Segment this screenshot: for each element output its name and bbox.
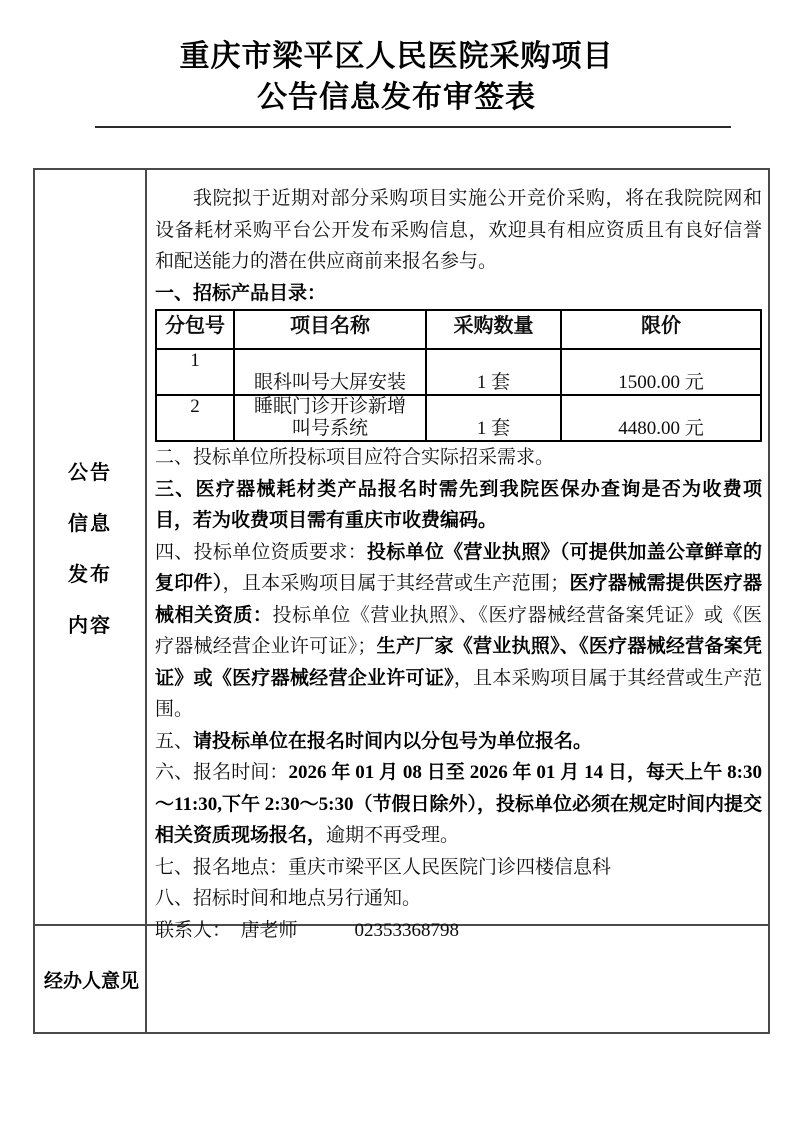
cell-quantity: 1 套 <box>426 395 561 441</box>
cell-package-no: 2 <box>156 395 234 441</box>
handler-opinion-row: 经办人意见 <box>35 926 768 1032</box>
document-title: 重庆市梁平区人民医院采购项目 公告信息发布审签表 <box>0 36 793 118</box>
handler-opinion-cell <box>147 926 768 1032</box>
approval-form-table: 公告信息发布内容 我院拟于近期对部分采购项目实施公开竞价采购，将在我院院网和设备… <box>33 168 770 1034</box>
cell-quantity: 1 套 <box>426 349 561 395</box>
content-paragraph: 六、报名时间：2026 年 01 月 08 日至 2026 年 01 月 14 … <box>155 757 762 852</box>
content-paragraph: 三、医疗器械耗材类产品报名时需先到我院医保办查询是否为收费项目，若为收费项目需有… <box>155 474 762 537</box>
title-line-2: 公告信息发布审签表 <box>0 77 793 118</box>
announcement-row: 公告信息发布内容 我院拟于近期对部分采购项目实施公开竞价采购，将在我院院网和设备… <box>35 170 768 926</box>
col-header-package-no: 分包号 <box>156 310 234 349</box>
cell-package-no: 1 <box>156 349 234 395</box>
text-run: 逾期不再受理。 <box>326 825 459 846</box>
announcement-content-label: 公告信息发布内容 <box>35 170 147 924</box>
cell-price-limit: 1500.00 元 <box>561 349 761 395</box>
col-header-quantity: 采购数量 <box>426 310 561 349</box>
bold-text-run: 三、医疗器械耗材类产品报名时需先到我院医保办查询是否为收费项目，若为收费项目需有… <box>155 479 762 532</box>
content-label-word: 信息 <box>68 507 112 536</box>
content-paragraphs-before: 我院拟于近期对部分采购项目实施公开竞价采购，将在我院院网和设备耗材采购平台公开发… <box>155 183 762 309</box>
text-run: 七、报名地点：重庆市梁平区人民医院门诊四楼信息科 <box>155 857 611 878</box>
product-table-row: 1眼科叫号大屏安装1 套1500.00 元 <box>156 349 761 395</box>
col-header-price-limit: 限价 <box>561 310 761 349</box>
content-label-word: 内容 <box>68 609 112 638</box>
content-paragraph: 八、招标时间和地点另行通知。 <box>155 883 762 915</box>
document-page: 重庆市梁平区人民医院采购项目 公告信息发布审签表 公告信息发布内容 我院拟于近期… <box>0 0 793 1122</box>
content-label-word: 发布 <box>68 558 112 587</box>
title-underline <box>95 126 731 128</box>
cell-item-name: 睡眠门诊开诊新增 叫号系统 <box>234 395 426 441</box>
text-run: 五、 <box>155 731 193 752</box>
content-label-word: 公告 <box>68 456 112 485</box>
product-table-header-row: 分包号 项目名称 采购数量 限价 <box>156 310 761 349</box>
cell-price-limit: 4480.00 元 <box>561 395 761 441</box>
announcement-content-cell: 我院拟于近期对部分采购项目实施公开竞价采购，将在我院院网和设备耗材采购平台公开发… <box>147 170 768 924</box>
product-table-row: 2睡眠门诊开诊新增 叫号系统1 套4480.00 元 <box>156 395 761 441</box>
content-paragraphs-after: 二、投标单位所投标项目应符合实际招采需求。三、医疗器械耗材类产品报名时需先到我院… <box>155 442 762 946</box>
text-run: 四、投标单位资质要求： <box>155 542 367 563</box>
content-paragraph: 二、投标单位所投标项目应符合实际招采需求。 <box>155 442 762 474</box>
text-run: 二、投标单位所投标项目应符合实际招采需求。 <box>155 447 554 468</box>
title-line-1: 重庆市梁平区人民医院采购项目 <box>0 36 793 77</box>
col-header-item-name: 项目名称 <box>234 310 426 349</box>
content-paragraph: 七、报名地点：重庆市梁平区人民医院门诊四楼信息科 <box>155 852 762 884</box>
content-paragraph: 一、招标产品目录： <box>155 278 762 310</box>
handler-opinion-label: 经办人意见 <box>35 926 147 1032</box>
content-paragraph: 四、投标单位资质要求：投标单位《营业执照》（可提供加盖公章鲜章的复印件），且本采… <box>155 537 762 726</box>
content-paragraph: 五、请投标单位在报名时间内以分包号为单位报名。 <box>155 726 762 758</box>
text-run: ，且本采购项目属于其经营或生产范围； <box>223 573 570 594</box>
content-paragraph: 我院拟于近期对部分采购项目实施公开竞价采购，将在我院院网和设备耗材采购平台公开发… <box>155 183 762 278</box>
product-table: 分包号 项目名称 采购数量 限价 1眼科叫号大屏安装1 套1500.00 元2睡… <box>155 309 762 442</box>
text-run: 我院拟于近期对部分采购项目实施公开竞价采购，将在我院院网和设备耗材采购平台公开发… <box>155 188 762 272</box>
text-run: 六、报名时间： <box>155 762 289 783</box>
bold-text-run: 请投标单位在报名时间内以分包号为单位报名。 <box>193 731 592 752</box>
cell-item-name: 眼科叫号大屏安装 <box>234 349 426 395</box>
bold-text-run: 一、招标产品目录： <box>155 283 326 304</box>
text-run: 八、招标时间和地点另行通知。 <box>155 888 421 909</box>
